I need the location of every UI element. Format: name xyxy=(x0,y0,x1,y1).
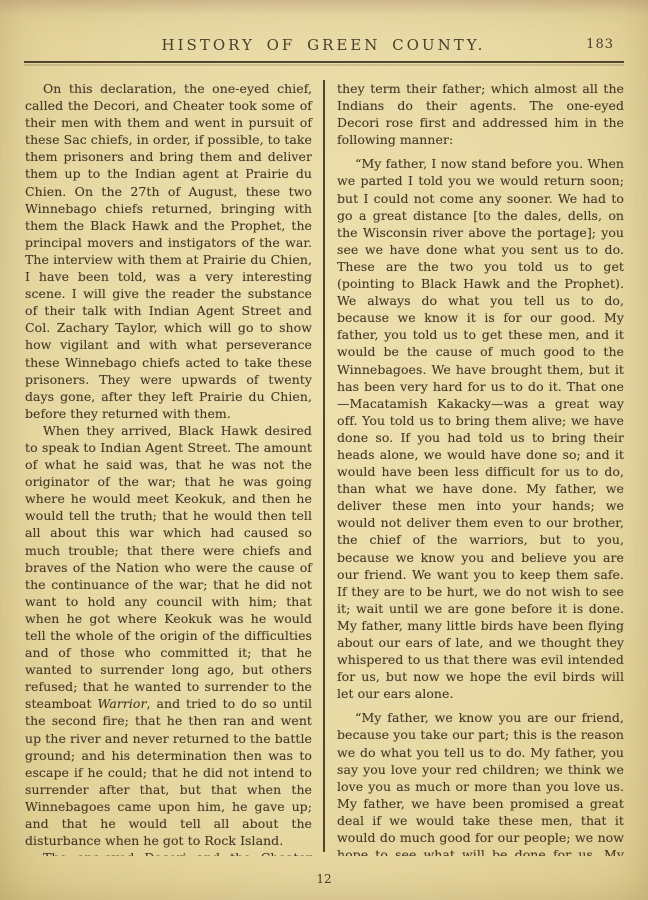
italic-steamboat-name: Warrior xyxy=(98,696,147,711)
header-rule xyxy=(24,61,624,63)
running-head-title: HISTORY OF GREEN COUNTY. xyxy=(25,36,622,54)
left-column: On this declaration, the one-eyed chief,… xyxy=(25,80,323,856)
paragraph: “My father, I now stand before you. When… xyxy=(337,155,624,702)
paragraph: “My father, we know you are our friend, … xyxy=(337,709,624,856)
page-number: 183 xyxy=(586,37,614,52)
paragraph-text: When they arrived, Black Hawk desired to… xyxy=(25,423,312,712)
text-columns: On this declaration, the one-eyed chief,… xyxy=(25,80,624,856)
right-column: they term their father; which almost all… xyxy=(325,80,624,856)
paragraph: On this declaration, the one-eyed chief,… xyxy=(25,80,312,422)
signature-mark: 12 xyxy=(0,872,648,886)
paragraph-text: , and tried to do so until the second fi… xyxy=(25,696,312,848)
paragraph: The one-eyed Decori and the Cheater both… xyxy=(25,849,312,856)
book-page: HISTORY OF GREEN COUNTY. 183 On this dec… xyxy=(0,0,648,900)
paragraph: they term their father; which almost all… xyxy=(337,80,624,148)
paragraph: When they arrived, Black Hawk desired to… xyxy=(25,422,312,849)
